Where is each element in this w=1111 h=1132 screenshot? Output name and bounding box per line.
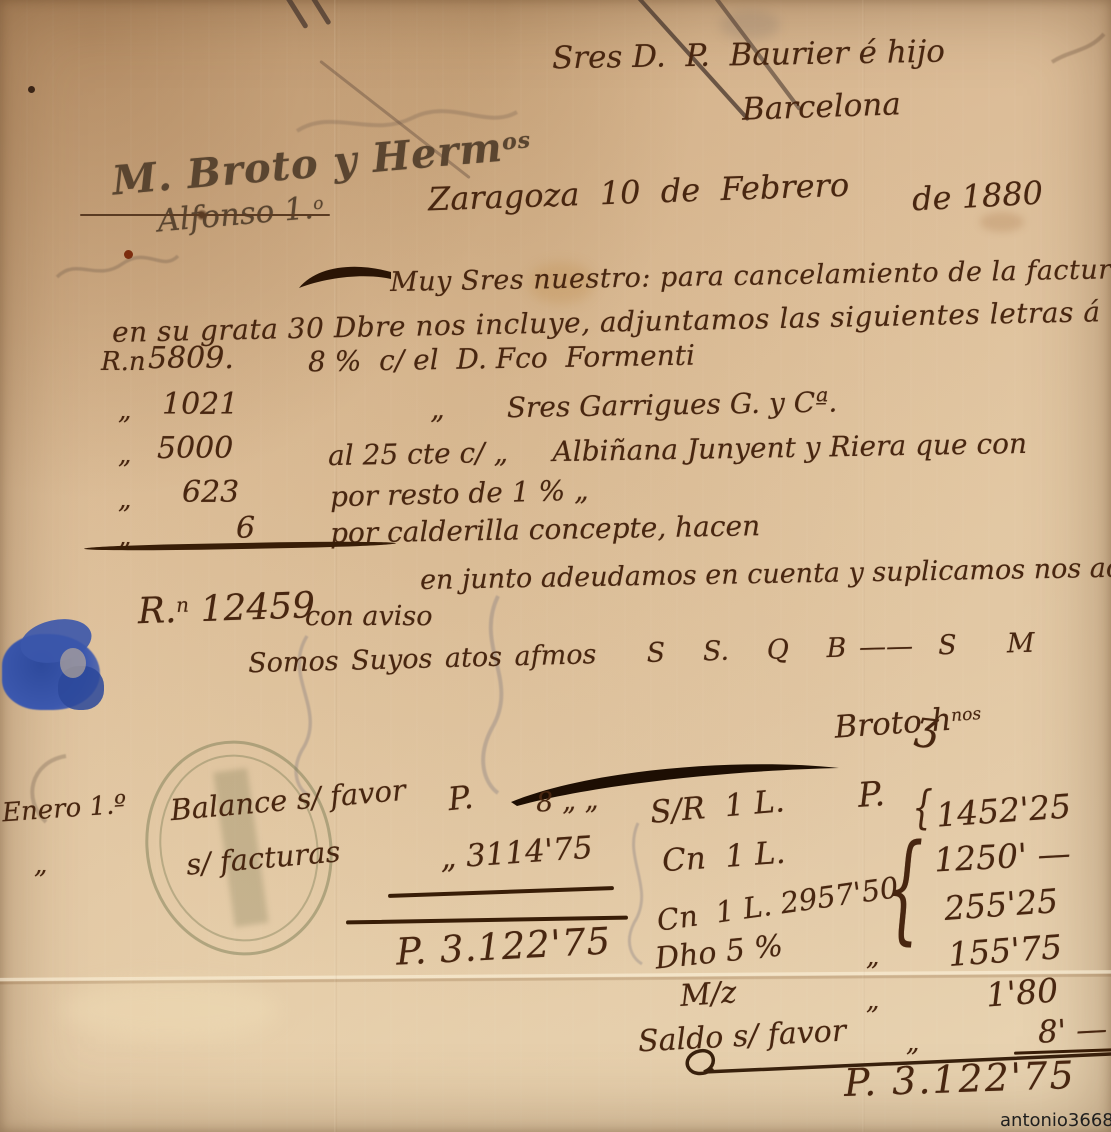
letter-page: Sres D. P. Baurier é hijo Barcelona M. B…	[0, 0, 1111, 1132]
account-date: Enero 1.º	[1, 792, 127, 827]
item-amount: 5809.	[148, 344, 234, 374]
account-concept: M/z	[679, 978, 738, 1012]
letterhead-rule-ornament	[196, 209, 208, 221]
account-amount: 1250' —	[933, 836, 1071, 876]
total-amount: 12459	[188, 585, 315, 630]
ditto-mark: „	[866, 944, 879, 970]
signature-superscript: nos	[951, 704, 982, 726]
account-rule	[388, 886, 614, 898]
item-ref: „	[118, 398, 131, 424]
letterhead-street-superscript: o	[312, 194, 324, 215]
item-amount: 5000	[157, 434, 233, 464]
item-desc: por resto de 1 % „	[330, 477, 589, 512]
recipient-city: Barcelona	[742, 89, 902, 126]
item-ref: R.n	[101, 349, 146, 375]
account-amount: 155'75	[947, 930, 1063, 971]
brace: {	[886, 828, 924, 946]
item-amount: 6	[236, 514, 255, 544]
item-amount: 623	[182, 478, 239, 508]
ink-speck	[28, 86, 35, 93]
account-amount: 8 „ „	[535, 786, 599, 816]
total-desc-continued: con aviso	[305, 603, 432, 630]
paper-stain	[60, 980, 280, 1040]
item-desc: „ Sres Garrigues G. y Cª.	[430, 388, 838, 423]
closing-line: Somos Suyos atos afmos S S. Q B —— S M	[248, 630, 1035, 678]
account-amount: „ 3114'75	[439, 833, 594, 875]
account-concept: S/R 1 L.	[649, 786, 786, 829]
pencil-mark	[265, 0, 308, 29]
item-ref: „	[118, 487, 131, 513]
ditto-mark: „	[866, 988, 879, 1014]
item-desc: al 25 cte c/ „ Albiñana Junyent y Riera …	[328, 430, 1027, 470]
paper-stain	[980, 212, 1024, 232]
account-total: P. 3.122'75	[395, 922, 612, 970]
account-amount: 255'25	[943, 884, 1059, 925]
watermark-text: antonio3668	[1000, 1110, 1111, 1131]
total-ref: R.	[137, 590, 177, 632]
account-amount: 1'80	[985, 974, 1059, 1012]
total-ref-superscript: n	[176, 594, 190, 617]
account-currency: P.	[446, 781, 474, 815]
pen-flourish	[295, 260, 395, 296]
body-line-1: Muy Sres nuestro: para cancelamiento de …	[390, 255, 1111, 296]
total-desc: en junto adeudamos en cuenta y suplicamo…	[420, 553, 1111, 594]
account-total: P. 3.122'75	[843, 1056, 1076, 1102]
account-concept: Cn 1 L.	[661, 838, 786, 878]
item-ref: „	[118, 442, 131, 468]
item-amount: 1021	[162, 390, 238, 420]
account-currency: P.	[857, 777, 886, 813]
ink-blot	[2, 620, 114, 724]
dateline-year: de 1880	[911, 177, 1044, 216]
item-desc: 8 % c/ el D. Fco Formenti	[308, 342, 695, 377]
letterhead-name-superscript: os	[501, 127, 532, 155]
pen-mark	[1048, 22, 1108, 72]
recipient-line: Sres D. P. Baurier é hijo	[552, 37, 945, 75]
letterhead-street: Alfonso 1.o	[114, 161, 327, 272]
account-amount: 1452'25	[935, 789, 1072, 831]
account-date: „	[34, 852, 47, 878]
signature-flourish: ʒ	[914, 705, 941, 747]
ink-blot-gap	[60, 648, 86, 678]
